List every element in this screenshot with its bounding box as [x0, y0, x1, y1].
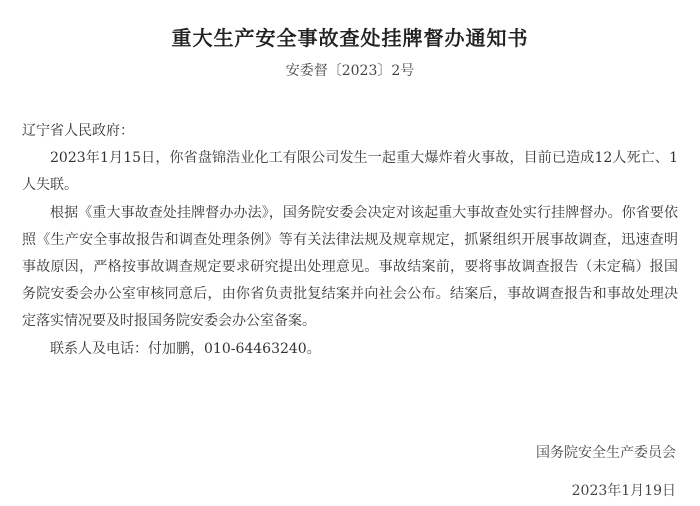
document-number: 安委督〔2023〕2号: [0, 60, 700, 80]
paragraph-accident-summary: 2023年1月15日，你省盘锦浩业化工有限公司发生一起重大爆炸着火事故，目前已造…: [22, 145, 678, 199]
signature-organization: 国务院安全生产委员会: [0, 442, 676, 462]
document-body: 辽宁省人民政府： 2023年1月15日，你省盘锦浩业化工有限公司发生一起重大爆炸…: [22, 118, 678, 363]
document-title: 重大生产安全事故查处挂牌督办通知书: [0, 22, 700, 51]
paragraph-supervision-requirements: 根据《重大事故查处挂牌督办办法》，国务院安委会决定对该起重大事故查处实行挂牌督办…: [22, 200, 678, 336]
signature-date: 2023年1月19日: [0, 480, 676, 500]
addressee: 辽宁省人民政府：: [22, 118, 678, 145]
paragraph-contact-info: 联系人及电话：付加鹏，010-64463240。: [22, 336, 678, 363]
